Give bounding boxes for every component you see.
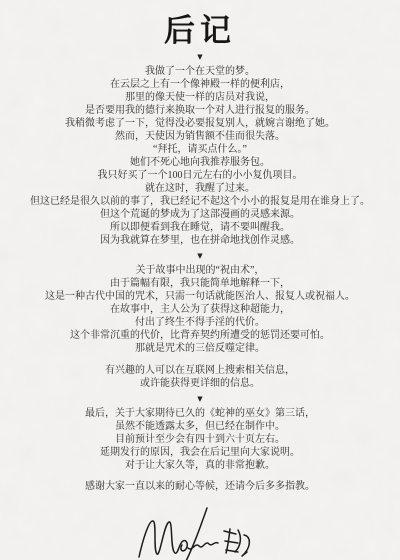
afterword-page: 后记 ▼ 我做了一个在天堂的梦。 在云层之上有一个像神殿一样的便利店， 那里的像… [0,0,400,560]
text-line: 是否要用我的德行来换取一个对人进行报复的服务。 [0,104,400,117]
author-signature [0,505,400,560]
text-line: 虽然不能透露太多，但已经在制作中。 [0,420,400,433]
text-line: 这是一种古代中国的咒术，只需一句话就能医治人、报复人或祝福人。 [0,290,400,303]
text-line: 付出了终生不得手淫的代价。 [0,316,400,329]
text-line: 我稍微考虑了一下，觉得没必要报复别人，就婉言谢绝了她。 [0,117,400,130]
text-line: 所以即便看到我在睡觉，请不要叫醒我。 [0,221,400,234]
search-suggestion-paragraph: 有兴趣的人可以在互联网上搜索相关信息， 或许能获得更详细的信息。 [0,364,400,390]
text-line: 由于篇幅有限，我只能简单地解释一下， [0,277,400,290]
text-line: 我做了一个在天堂的梦。 [0,65,400,78]
text-line: 她们不死心地向我推荐服务包。 [0,156,400,169]
text-line: 就在这时，我醒了过来。 [0,182,400,195]
zhuyou-explanation-paragraph: 关于故事中出现的“祝由术”， 由于篇幅有限，我只能简单地解释一下， 这是一种古代… [0,264,400,355]
text-line: 但这已经是很久以前的事了，我已经记不起这个小小的报复是用在谁身上了。 [0,195,400,208]
text-line: 最后，关于大家期待已久的《蛇神的巫女》第三话， [0,407,400,420]
next-chapter-announcement-paragraph: 最后，关于大家期待已久的《蛇神的巫女》第三话， 虽然不能透露太多，但已经在制作中… [0,407,400,472]
text-line: 目前预计至少会有四十到六十页左右。 [0,433,400,446]
text-line: 在云层之上有一个像神殿一样的便利店， [0,78,400,91]
section-divider-icon: ▼ [0,53,400,61]
page-title: 后记 [0,0,400,49]
signature-handwriting-icon [134,505,266,560]
text-line: 然而，天使因为销售额不佳而很失落。 [0,130,400,143]
text-line: 关于故事中出现的“祝由术”， [0,264,400,277]
text-line: 那就是咒术的三倍反噬定律。 [0,342,400,355]
dream-story-paragraph: 我做了一个在天堂的梦。 在云层之上有一个像神殿一样的便利店， 那里的像天使一样的… [0,65,400,247]
closing-thanks-line: 感谢大家一直以来的耐心等候，还请今后多多指教。 [0,480,400,493]
text-line: 那里的像天使一样的店员对我说， [0,91,400,104]
section-divider-icon: ▼ [0,395,400,403]
text-line: 因为我就算在梦里，也在拼命地找创作灵感。 [0,234,400,247]
text-line: “拜托，请买点什么。” [0,143,400,156]
text-line: 但这个荒诞的梦成为了这部漫画的灵感来源。 [0,208,400,221]
text-line: 感谢大家一直以来的耐心等候，还请今后多多指教。 [0,480,400,493]
text-line: 这个非常沉重的代价，比背弃契约所遭受的惩罚还要可怕。 [0,329,400,342]
text-line: 我只好买了一个100日元左右的小小复仇项目。 [0,169,400,182]
text-line: 延期发行的原因，我会在后记里向大家说明。 [0,446,400,459]
text-line: 对于让大家久等，真的非常抱歉。 [0,459,400,472]
text-line: 在故事中，主人公为了获得这种超能力， [0,303,400,316]
section-divider-icon: ▼ [0,252,400,260]
text-line: 有兴趣的人可以在互联网上搜索相关信息， [0,364,400,377]
afterword-content: 后记 ▼ 我做了一个在天堂的梦。 在云层之上有一个像神殿一样的便利店， 那里的像… [0,0,400,560]
text-line: 或许能获得更详细的信息。 [0,377,400,390]
